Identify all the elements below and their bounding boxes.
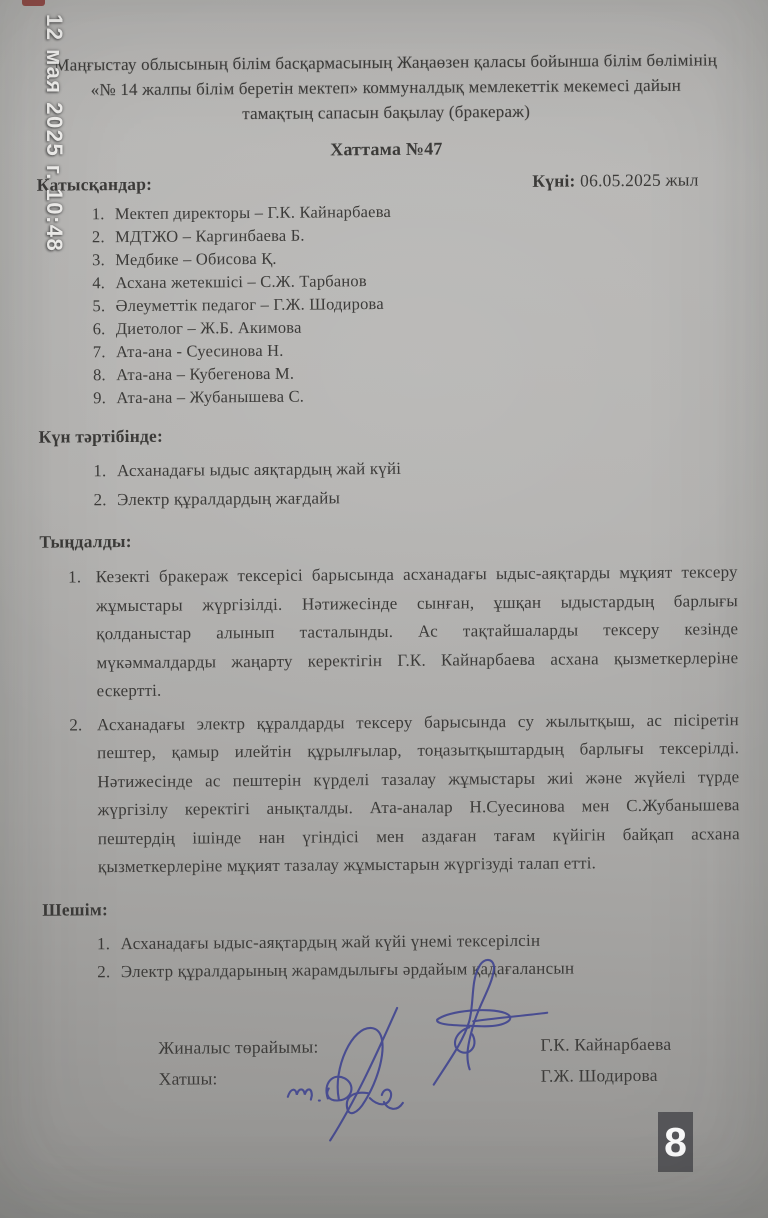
date-value: 06.05.2025 жыл [580, 170, 699, 191]
screenshot-timestamp-watermark: 12 мая 2025 г. 10:48 [41, 14, 67, 252]
participant-item: Ата-ана – Жубанышева С. [110, 381, 738, 409]
agenda-list: Асханадағы ыдыс аяқтардың жай күйі Элект… [39, 451, 739, 514]
handwritten-signatures-ink [271, 947, 553, 1144]
secretary-label: Хатшы: [159, 1068, 218, 1089]
scanned-document-photo: Маңғыстау облысының білім басқармасының … [0, 0, 768, 1218]
secretary-name: Г.Ж. Шодирова [541, 1065, 658, 1087]
agenda-item: Электр құралдардың жағдайы [111, 480, 739, 514]
heard-heading: Тыңдалды: [39, 526, 739, 552]
meta-row: Қатысқандар: Күні: 06.05.2025 жыл [37, 169, 737, 195]
agenda-heading: Күн тәртібінде: [39, 421, 739, 447]
participants-list: Мектеп директоры – Г.К. Кайнарбаева МДТЖ… [37, 197, 739, 409]
red-scan-artifact [22, 0, 45, 6]
protocol-document: Маңғыстау облысының білім басқармасының … [0, 0, 768, 1218]
document-header: Маңғыстау облысының білім басқармасының … [54, 47, 719, 127]
date-field: Күні: 06.05.2025 жыл [532, 170, 698, 192]
heard-paragraph: Асханадағы электр құралдарды тексеру бар… [87, 706, 740, 882]
decision-heading: Шешім: [42, 894, 742, 920]
heard-list: Кезекті бракераж тексерісі барысында асх… [40, 558, 742, 882]
date-label: Күні: [532, 170, 575, 190]
page-number-badge: 8 [658, 1112, 693, 1172]
document-title: Хаттама №47 [36, 136, 736, 162]
heard-paragraph: Кезекті бракераж тексерісі барысында асх… [86, 558, 739, 706]
chair-name: Г.К. Кайнарбаева [540, 1034, 671, 1056]
